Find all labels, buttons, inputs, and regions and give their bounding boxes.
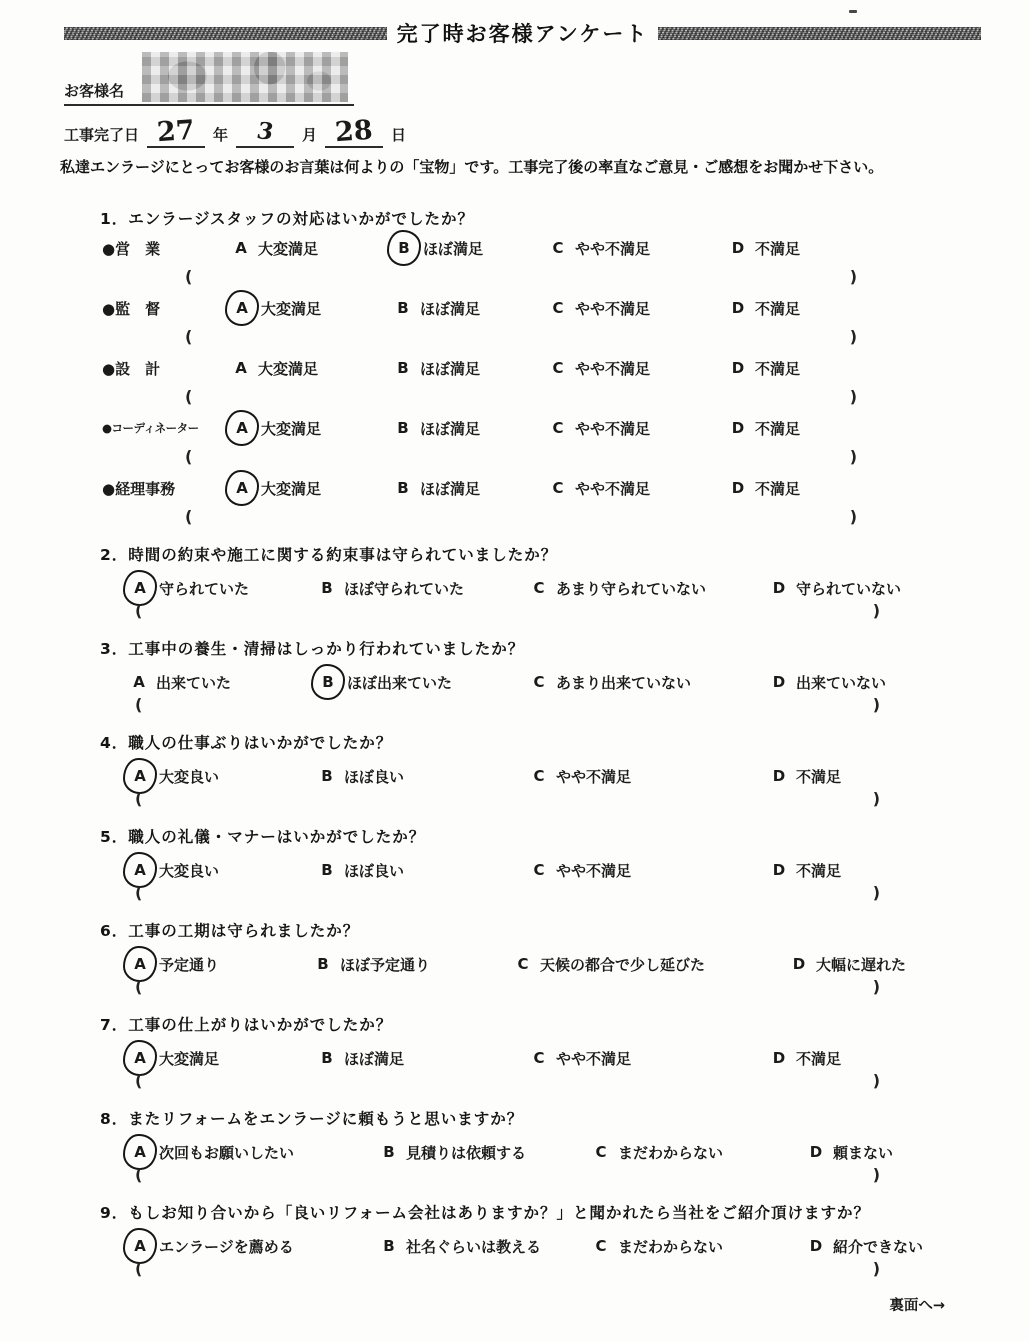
date-year-segment: 27 [147, 112, 205, 148]
staff-label: ●営 業 [102, 238, 232, 259]
option: Bほぼ良い [318, 765, 530, 787]
paren-open: ( [135, 1165, 142, 1185]
option-text: 不満足 [755, 418, 800, 439]
paren-close: ) [873, 695, 880, 715]
option-letter: B [318, 1047, 336, 1069]
handwritten-year: 27 [156, 117, 195, 148]
option-text: 天候の都合で少し延びた [540, 954, 705, 975]
option-text: 不満足 [796, 766, 841, 787]
option: Cやや不満足 [549, 357, 729, 379]
option-text: 紹介できない [833, 1236, 923, 1257]
paren-close: ) [873, 1259, 880, 1279]
option: Bほぼ良い [318, 859, 530, 881]
option: D不満足 [770, 859, 841, 881]
option: Cやや不満足 [530, 1047, 770, 1069]
option-letter: C [549, 237, 567, 259]
question-title: 6．工事の工期は守られましたか？ [100, 919, 1029, 939]
option-text: 次回もお願いしたい [159, 1142, 294, 1163]
option-letter: B [394, 297, 412, 319]
page-title: 完了時お客様アンケート [397, 18, 649, 48]
paren-close: ) [850, 447, 857, 467]
option-text: やや不満足 [575, 358, 650, 379]
option-text: あまり守られていない [556, 578, 706, 599]
option: Cやや不満足 [549, 477, 729, 499]
date-year-unit: 年 [213, 124, 228, 148]
question-1: 1．エンラージスタッフの対応はいかがでしたか？ ●営 業 A大変満足 Bほぼ満足… [100, 207, 1029, 527]
option: A大変良い [130, 858, 318, 882]
option-text: ほぼ満足 [420, 418, 480, 439]
option-row: A次回もお願いしたい B見積りは依頼する Cまだわからない D頼まない [130, 1139, 1029, 1165]
option: B見積りは依頼する [380, 1141, 592, 1163]
option-text: やや不満足 [575, 418, 650, 439]
option-text: やや不満足 [556, 860, 631, 881]
option: A大変良い [130, 764, 318, 788]
comment-line: () [135, 695, 880, 715]
paren-open: ( [185, 507, 192, 527]
option-letter: D [807, 1235, 825, 1257]
option: Bほぼ守られていた [318, 577, 530, 599]
question-title: 1．エンラージスタッフの対応はいかがでしたか？ [100, 207, 1029, 227]
option-text: やや不満足 [575, 298, 650, 319]
option-text: あまり出来ていない [556, 672, 691, 693]
intro-text: 私達エンラージにとってお客様のお言葉は何よりの「宝物」です。工事完了後の率直なご… [60, 156, 1029, 177]
option: Bほぼ出来ていた [318, 670, 530, 694]
option-letter: C [530, 1047, 548, 1069]
option-text: 不満足 [755, 238, 800, 259]
option-letter: A [130, 671, 148, 693]
staff-label: ●監 督 [102, 298, 232, 319]
option-row: A大変良い Bほぼ良い Cやや不満足 D不満足 [130, 763, 1029, 789]
option-letter: D [790, 953, 808, 975]
option-letter: B [314, 953, 332, 975]
option: D守られていない [770, 577, 901, 599]
question-4: 4．職人の仕事ぶりはいかがでしたか？ A大変良い Bほぼ良い Cやや不満足 D不… [100, 731, 1029, 809]
question-6: 6．工事の工期は守られましたか？ A予定通り Bほぼ予定通り C天候の都合で少し… [100, 919, 1029, 997]
question-2: 2．時間の約束や施工に関する約束事は守られていましたか？ A守られていた Bほぼ… [100, 543, 1029, 621]
option: A大変満足 [232, 296, 394, 320]
option: A守られていた [130, 576, 318, 600]
option-row: A大変良い Bほぼ良い Cやや不満足 D不満足 [130, 857, 1029, 883]
option-text: 大変満足 [258, 238, 318, 259]
option-text: ほぼ満足 [420, 298, 480, 319]
paren-close: ) [873, 977, 880, 997]
question-title: 3．工事中の養生・清掃はしっかり行われていましたか？ [100, 637, 1029, 657]
question-title: 7．工事の仕上がりはいかがでしたか？ [100, 1013, 1029, 1033]
option: D出来ていない [770, 671, 886, 693]
staff-label: ●設 計 [102, 358, 232, 379]
paren-close: ) [873, 789, 880, 809]
option-text: ほぼ満足 [420, 358, 480, 379]
option-text: 出来ていない [796, 672, 886, 693]
staff-row-design: ●設 計 A大変満足 Bほぼ満足 Cやや不満足 D不満足 [102, 355, 1029, 381]
option: D不満足 [729, 477, 800, 499]
option: D不満足 [729, 417, 800, 439]
option-letter: A [225, 470, 259, 506]
comment-line: () [185, 447, 857, 467]
comment-line: () [185, 267, 857, 287]
option: Cまだわからない [592, 1235, 807, 1257]
option: B社名ぐらいは教える [380, 1235, 592, 1257]
option-text: 大変満足 [258, 358, 318, 379]
option-text: 大変満足 [261, 298, 321, 319]
option-text: 大変満足 [261, 478, 321, 499]
option-letter: C [592, 1141, 610, 1163]
option-text: 不満足 [755, 298, 800, 319]
option-row: A大変満足 Bほぼ満足 Cやや不満足 D不満足 [130, 1045, 1029, 1071]
option-letter: C [530, 859, 548, 881]
handwritten-day: 28 [334, 117, 373, 148]
paren-open: ( [185, 447, 192, 467]
option: D不満足 [770, 1047, 841, 1069]
option: C天候の都合で少し延びた [514, 953, 790, 975]
option: A大変満足 [232, 357, 394, 379]
header-pattern-right [658, 27, 981, 40]
option-text: やや不満足 [575, 478, 650, 499]
option: A出来ていた [130, 671, 318, 693]
option-letter: A [225, 410, 259, 446]
option: Bほぼ満足 [394, 477, 549, 499]
option: A大変満足 [232, 476, 394, 500]
option: D不満足 [729, 297, 800, 319]
comment-line: () [135, 1259, 880, 1279]
customer-name-label: お客様名 [64, 80, 124, 104]
option-letter: B [387, 230, 421, 266]
customer-name-field: お客様名 [64, 52, 354, 106]
scan-artifact [849, 10, 857, 13]
option-text: 予定通り [159, 954, 219, 975]
option: D不満足 [729, 237, 800, 259]
option-row: A出来ていた Bほぼ出来ていた Cあまり出来ていない D出来ていない [130, 669, 1029, 695]
question-8: 8．またリフォームをエンラージに頼もうと思いますか？ A次回もお願いしたい B見… [100, 1107, 1029, 1185]
question-title: 5．職人の礼儀・マナーはいかがでしたか？ [100, 825, 1029, 845]
option-text: 守られていた [159, 578, 249, 599]
comment-line: () [135, 977, 880, 997]
option-text: ほぼ満足 [420, 478, 480, 499]
paren-close: ) [850, 387, 857, 407]
option-text: 守られていない [796, 578, 901, 599]
handwritten-month: 3 [254, 117, 276, 146]
staff-row-sales: ●営 業 A大変満足 Bほぼ満足 Cやや不満足 D不満足 [102, 235, 1029, 261]
option-letter: D [729, 237, 747, 259]
option-text: 不満足 [755, 358, 800, 379]
option-letter: B [380, 1235, 398, 1257]
date-day-segment: 28 [325, 112, 383, 148]
option-text: やや不満足 [575, 238, 650, 259]
option-text: ほぼ満足 [423, 238, 483, 259]
option-text: 不満足 [796, 1048, 841, 1069]
paren-open: ( [185, 387, 192, 407]
header: 完了時お客様アンケート [0, 0, 1029, 46]
option: A大変満足 [232, 237, 394, 259]
option: D頼まない [807, 1141, 893, 1163]
option-letter: C [530, 765, 548, 787]
option-letter: D [729, 297, 747, 319]
option: Cやや不満足 [530, 765, 770, 787]
option-text: 大変満足 [261, 418, 321, 439]
question-3: 3．工事中の養生・清掃はしっかり行われていましたか？ A出来ていた Bほぼ出来て… [100, 637, 1029, 715]
option-letter: D [729, 357, 747, 379]
option-text: 大幅に遅れた [816, 954, 906, 975]
option-letter: D [770, 671, 788, 693]
option-text: やや不満足 [556, 766, 631, 787]
option-row: A守られていた Bほぼ守られていた Cあまり守られていない D守られていない [130, 575, 1029, 601]
option-letter: B [394, 477, 412, 499]
date-month-segment: 3 [236, 112, 294, 148]
paren-close: ) [850, 267, 857, 287]
option-text: エンラージを薦める [159, 1236, 294, 1257]
paren-close: ) [873, 883, 880, 903]
option: A大変満足 [232, 416, 394, 440]
staff-row-coordinator: ●コーディネーター A大変満足 Bほぼ満足 Cやや不満足 D不満足 [102, 415, 1029, 441]
option-letter: C [549, 477, 567, 499]
option-text: 頼まない [833, 1142, 893, 1163]
option: D紹介できない [807, 1235, 923, 1257]
option-text: ほぼ守られていた [344, 578, 464, 599]
option: Bほぼ満足 [394, 417, 549, 439]
option-text: まだわからない [618, 1236, 723, 1257]
option: D不満足 [770, 765, 841, 787]
option: Cやや不満足 [549, 417, 729, 439]
option-letter: A [225, 290, 259, 326]
option-letter: C [514, 953, 532, 975]
paren-open: ( [135, 883, 142, 903]
question-5: 5．職人の礼儀・マナーはいかがでしたか？ A大変良い Bほぼ良い Cやや不満足 … [100, 825, 1029, 903]
option: Bほぼ予定通り [314, 953, 514, 975]
paren-open: ( [135, 789, 142, 809]
option: Cまだわからない [592, 1141, 807, 1163]
comment-line: () [135, 789, 880, 809]
option-text: 不満足 [796, 860, 841, 881]
option-letter: D [770, 1047, 788, 1069]
option: Bほぼ満足 [394, 297, 549, 319]
option-text: やや不満足 [556, 1048, 631, 1069]
option-text: 大変良い [159, 766, 219, 787]
paren-open: ( [135, 601, 142, 621]
date-month-unit: 月 [302, 124, 317, 148]
option-letter: A [232, 357, 250, 379]
completion-date-field: 工事完了日 27 年 3 月 28 日 [64, 112, 1029, 148]
option-letter: D [729, 477, 747, 499]
question-title: 2．時間の約束や施工に関する約束事は守られていましたか？ [100, 543, 1029, 563]
option: Cやや不満足 [549, 237, 729, 259]
option: D不満足 [729, 357, 800, 379]
header-pattern-left [64, 27, 387, 40]
staff-label: ●コーディネーター [102, 420, 232, 436]
survey-page: 完了時お客様アンケート お客様名 工事完了日 27 年 3 月 28 日 私達エ… [0, 0, 1029, 1341]
option-letter: D [729, 417, 747, 439]
question-title: 9．もしお知り合いから「良いリフォーム会社はありますか？」と聞かれたら当社をご紹… [100, 1201, 1029, 1221]
question-7: 7．工事の仕上がりはいかがでしたか？ A大変満足 Bほぼ満足 Cやや不満足 D不… [100, 1013, 1029, 1091]
option: A次回もお願いしたい [130, 1140, 380, 1164]
option: Cあまり出来ていない [530, 671, 770, 693]
comment-line: () [185, 327, 857, 347]
paren-close: ) [873, 1165, 880, 1185]
option: A予定通り [130, 952, 314, 976]
option-letter: C [592, 1235, 610, 1257]
option-row: A予定通り Bほぼ予定通り C天候の都合で少し延びた D大幅に遅れた [130, 951, 1029, 977]
option-letter: C [530, 671, 548, 693]
option-letter: C [549, 417, 567, 439]
option-letter: B [318, 859, 336, 881]
paren-open: ( [135, 1259, 142, 1279]
option-text: ほぼ良い [344, 766, 404, 787]
option-letter: B [394, 417, 412, 439]
option-letter: D [770, 859, 788, 881]
comment-line: () [185, 507, 857, 527]
question-9: 9．もしお知り合いから「良いリフォーム会社はありますか？」と聞かれたら当社をご紹… [100, 1201, 1029, 1279]
comment-line: () [135, 1071, 880, 1091]
option-text: 不満足 [755, 478, 800, 499]
paren-open: ( [135, 1071, 142, 1091]
option: Cやや不満足 [530, 859, 770, 881]
staff-row-supervisor: ●監 督 A大変満足 Bほぼ満足 Cやや不満足 D不満足 [102, 295, 1029, 321]
paren-close: ) [850, 507, 857, 527]
customer-name-redacted [142, 52, 348, 102]
option-letter: B [394, 357, 412, 379]
date-day-unit: 日 [391, 124, 406, 148]
option-letter: D [770, 765, 788, 787]
option: Bほぼ満足 [318, 1047, 530, 1069]
option-text: 見積りは依頼する [406, 1142, 526, 1163]
option: Cやや不満足 [549, 297, 729, 319]
option-letter: B [318, 577, 336, 599]
question-title: 4．職人の仕事ぶりはいかがでしたか？ [100, 731, 1029, 751]
paren-open: ( [185, 327, 192, 347]
paren-close: ) [873, 601, 880, 621]
option-letter: B [318, 765, 336, 787]
option-letter: A [232, 237, 250, 259]
option-row: Aエンラージを薦める B社名ぐらいは教える Cまだわからない D紹介できない [130, 1233, 1029, 1259]
option-text: ほぼ予定通り [340, 954, 430, 975]
footer-note: 裏面へ→ [889, 1294, 945, 1315]
option-letter: D [807, 1141, 825, 1163]
option-text: ほぼ出来ていた [347, 672, 452, 693]
comment-line: () [185, 387, 857, 407]
option-text: ほぼ満足 [344, 1048, 404, 1069]
paren-open: ( [185, 267, 192, 287]
option-text: ほぼ良い [344, 860, 404, 881]
completion-date-label: 工事完了日 [64, 124, 139, 148]
option-text: 社名ぐらいは教える [406, 1236, 541, 1257]
option: Bほぼ満足 [394, 357, 549, 379]
option-letter: D [770, 577, 788, 599]
option-text: 大変良い [159, 860, 219, 881]
paren-close: ) [850, 327, 857, 347]
option: Aエンラージを薦める [130, 1234, 380, 1258]
comment-line: () [135, 1165, 880, 1185]
comment-line: () [135, 883, 880, 903]
staff-row-accounting: ●経理事務 A大変満足 Bほぼ満足 Cやや不満足 D不満足 [102, 475, 1029, 501]
option-letter: C [549, 357, 567, 379]
paren-open: ( [135, 977, 142, 997]
option-letter: B [380, 1141, 398, 1163]
option-text: 大変満足 [159, 1048, 219, 1069]
paren-open: ( [135, 695, 142, 715]
option-letter: C [530, 577, 548, 599]
option-text: まだわからない [618, 1142, 723, 1163]
staff-label: ●経理事務 [102, 478, 232, 499]
option: Bほぼ満足 [394, 236, 549, 260]
option: D大幅に遅れた [790, 953, 906, 975]
question-title: 8．またリフォームをエンラージに頼もうと思いますか？ [100, 1107, 1029, 1127]
option: Cあまり守られていない [530, 577, 770, 599]
option: A大変満足 [130, 1046, 318, 1070]
comment-line: () [135, 601, 880, 621]
paren-close: ) [873, 1071, 880, 1091]
option-text: 出来ていた [156, 672, 231, 693]
option-letter: C [549, 297, 567, 319]
